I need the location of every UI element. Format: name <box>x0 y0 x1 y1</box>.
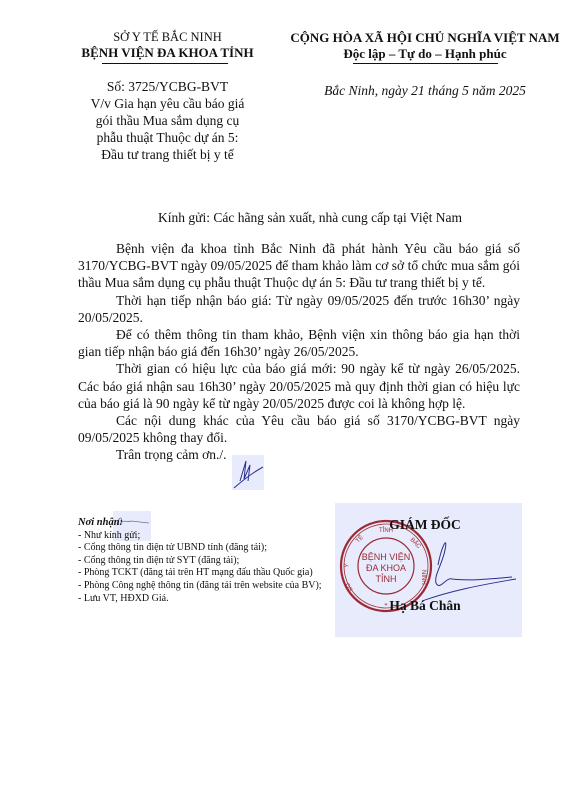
signer-name: Hạ Bá Chân <box>370 598 480 614</box>
initial-signature-box <box>232 455 264 490</box>
distribution-item: - Như kính gửi; <box>78 530 368 543</box>
subject-line: phẫu thuật Thuộc dự án 5: <box>60 129 275 146</box>
body-paragraph: Thời hạn tiếp nhận báo giá: Từ ngày 09/0… <box>78 292 520 326</box>
recipient-line: Kính gửi: Các hãng sản xuất, nhà cung cấ… <box>60 210 560 226</box>
body-paragraph: Để có thêm thông tin tham khảo, Bệnh việ… <box>78 326 520 360</box>
svg-text:TẾ: TẾ <box>354 534 364 544</box>
subject-line: V/v Gia hạn yêu cầu báo giá <box>60 95 275 112</box>
initial-signature-icon <box>232 455 264 490</box>
distribution-item: - Lưu VT, HĐXD Giá. <box>78 593 368 606</box>
subject-line: Đầu tư trang thiết bị y tế <box>60 146 275 163</box>
distribution-item: - Phòng Công nghệ thông tin (đăng tải tr… <box>78 580 368 593</box>
issuer-department: SỞ Y TẾ BẮC NINH <box>60 30 275 45</box>
national-header: CỘNG HÒA XÃ HỘI CHỦ NGHĨA VIỆT NAM Độc l… <box>290 30 560 64</box>
motto-underline <box>353 63 498 64</box>
distribution-list: Nơi nhận: - Như kính gửi; - Cổng thông t… <box>78 517 368 605</box>
national-motto: Độc lập – Tự do – Hạnh phúc <box>290 46 560 62</box>
issuer-organization: BỆNH VIỆN ĐA KHOA TỈNH <box>60 45 275 61</box>
reference-block: Số: 3725/YCBG-BVT V/v Gia hạn yêu cầu bá… <box>60 78 275 163</box>
document-number: Số: 3725/YCBG-BVT <box>60 78 275 95</box>
body-paragraph: Thời gian có hiệu lực của báo giá mới: 9… <box>78 360 520 412</box>
place-date: Bắc Ninh, ngày 21 tháng 5 năm 2025 <box>290 83 560 99</box>
issuer-underline <box>102 63 228 64</box>
issuer-block: SỞ Y TẾ BẮC NINH BỆNH VIỆN ĐA KHOA TỈNH <box>60 30 275 64</box>
subject-line: gói thầu Mua sắm dụng cụ <box>60 112 275 129</box>
distribution-item: - Cổng thông tin điện tử UBND tỉnh (đăng… <box>78 542 368 555</box>
distribution-item: - Phòng TCKT (đăng tải trên HT mạng đấu … <box>78 567 368 580</box>
closing-line: Trân trọng cảm ơn./. <box>78 446 520 463</box>
distribution-item: - Cổng thông tin điện tử SYT (đăng tải); <box>78 555 368 568</box>
letter-body: Bệnh viện đa khoa tỉnh Bắc Ninh đã phát … <box>78 240 520 464</box>
director-signature-icon <box>420 535 520 605</box>
distribution-title: Nơi nhận: <box>78 517 368 530</box>
body-paragraph: Các nội dung khác của Yêu cầu báo giá số… <box>78 412 520 446</box>
signer-role: GIÁM ĐỐC <box>370 517 480 533</box>
nation-title: CỘNG HÒA XÃ HỘI CHỦ NGHĨA VIỆT NAM <box>290 30 560 46</box>
body-paragraph: Bệnh viện đa khoa tỉnh Bắc Ninh đã phát … <box>78 240 520 292</box>
